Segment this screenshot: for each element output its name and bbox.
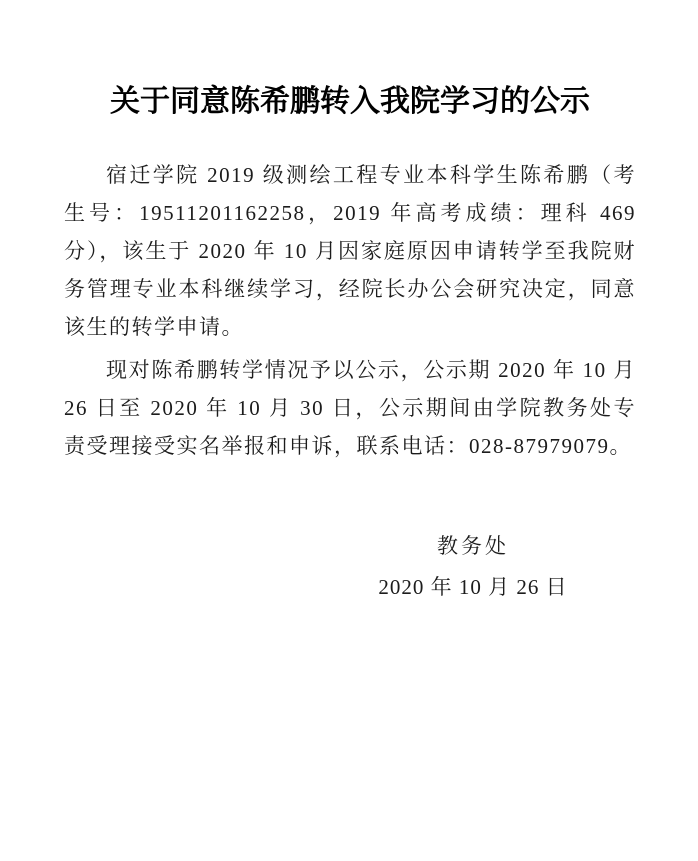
notice-paragraph-1: 宿迁学院 2019 级测绘工程专业本科学生陈希鹏（考生号：19511201162… <box>64 156 636 346</box>
notice-title: 关于同意陈希鹏转入我院学习的公示 <box>64 84 636 120</box>
signature-date: 2020 年 10 月 26 日 <box>368 568 578 606</box>
notice-body: 宿迁学院 2019 级测绘工程专业本科学生陈希鹏（考生号：19511201162… <box>64 156 636 465</box>
notice-document-page: 关于同意陈希鹏转入我院学习的公示 宿迁学院 2019 级测绘工程专业本科学生陈希… <box>0 0 698 861</box>
signer-department: 教务处 <box>368 527 578 565</box>
notice-paragraph-2: 现对陈希鹏转学情况予以公示，公示期 2020 年 10 月 26 日至 2020… <box>64 351 636 465</box>
signature-block: 教务处 2020 年 10 月 26 日 <box>368 527 578 606</box>
